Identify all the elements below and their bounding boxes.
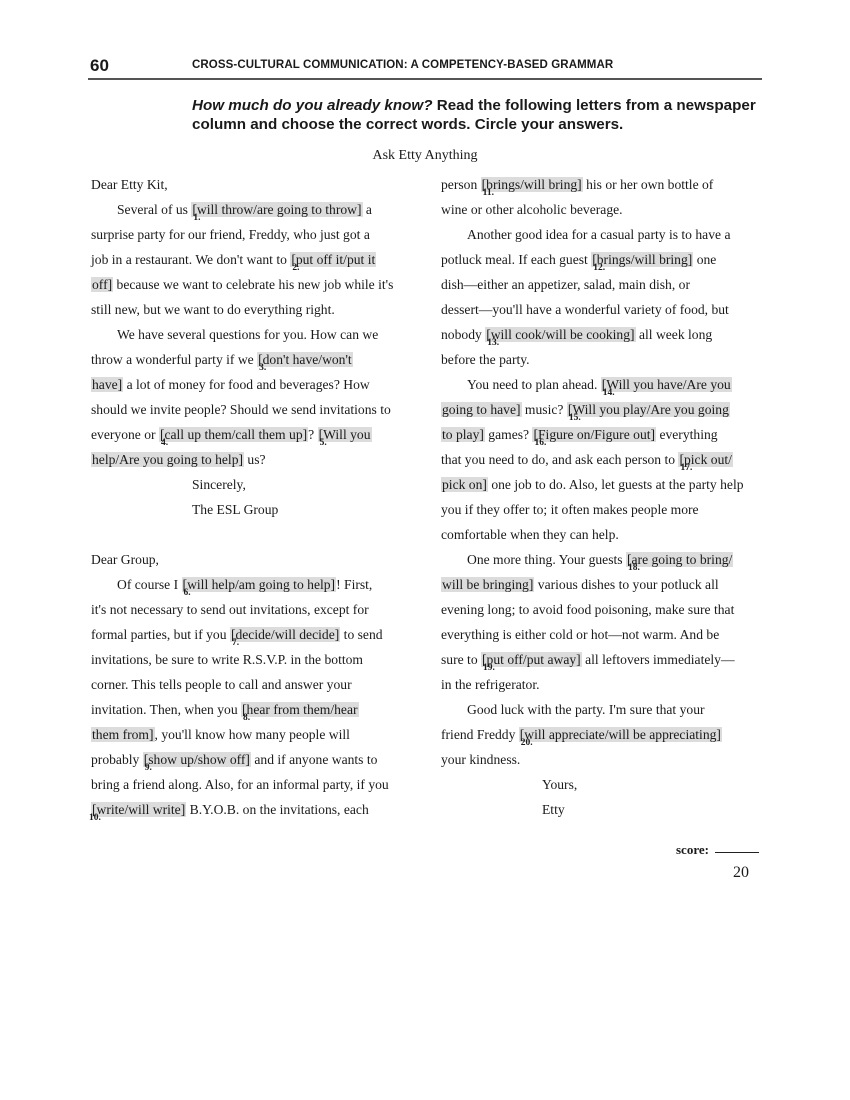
text-line: friend Freddy [will appreciate/will be a… xyxy=(441,722,771,747)
left-column: Dear Etty Kit, Several of us [will throw… xyxy=(91,172,421,822)
choice-5[interactable]: [Will you5. xyxy=(318,427,372,442)
text-line: before the party. xyxy=(441,347,771,372)
choice-14-cont[interactable]: going to have] xyxy=(441,402,522,417)
text-line: you if they offer to; it often makes peo… xyxy=(441,497,771,522)
choice-20[interactable]: [will appreciate/will be appreciating]20… xyxy=(519,727,722,742)
choice-14[interactable]: [Will you have/Are you14. xyxy=(601,377,732,392)
text-line: in the refrigerator. xyxy=(441,672,771,697)
choice-2-cont[interactable]: off] xyxy=(91,277,113,292)
letter2-signature: Etty xyxy=(441,797,771,822)
text-line: dish—either an appetizer, salad, main di… xyxy=(441,272,771,297)
choice-11[interactable]: [brings/will bring]11. xyxy=(481,177,583,192)
text-line: have] a lot of money for food and bevera… xyxy=(91,372,421,397)
text-line: [write/will write]10. B.Y.O.B. on the in… xyxy=(91,797,421,822)
choice-19[interactable]: [put off/put away]19. xyxy=(481,652,582,667)
text-line: corner. This tells people to call and an… xyxy=(91,672,421,697)
text-line: Several of us [will throw/are going to t… xyxy=(91,197,421,222)
text-line: formal parties, but if you [decide/will … xyxy=(91,622,421,647)
text-line: them from], you'll know how many people … xyxy=(91,722,421,747)
text-line: Of course I [will help/am going to help]… xyxy=(91,572,421,597)
choice-5-cont[interactable]: help/Are you going to help] xyxy=(91,452,244,467)
text-line: bring a friend along. Also, for an infor… xyxy=(91,772,421,797)
choice-4[interactable]: [call up them/call them up]4. xyxy=(159,427,308,442)
letter2-closing: Yours, xyxy=(441,772,771,797)
text-line: sure to [put off/put away]19. all leftov… xyxy=(441,647,771,672)
choice-3[interactable]: [don't have/won't3. xyxy=(257,352,353,367)
text-line: going to have] music? [Will you play/Are… xyxy=(441,397,771,422)
instructions: How much do you already know? Read the f… xyxy=(192,96,772,134)
page-number: 60 xyxy=(90,56,109,76)
text-line: Another good idea for a casual party is … xyxy=(441,222,771,247)
header-rule xyxy=(88,78,762,80)
choice-13[interactable]: [will cook/will be cooking]13. xyxy=(485,327,635,342)
text-line: throw a wonderful party if we [don't hav… xyxy=(91,347,421,372)
running-head: CROSS-CULTURAL COMMUNICATION: A COMPETEN… xyxy=(192,59,613,71)
text-line: You need to plan ahead. [Will you have/A… xyxy=(441,372,771,397)
text-line: to play] games? [Figure on/Figure out]16… xyxy=(441,422,771,447)
text-line: comfortable when they can help. xyxy=(441,522,771,547)
choice-17-cont[interactable]: pick on] xyxy=(441,477,488,492)
instructions-lead: How much do you already know? xyxy=(192,97,433,114)
text-line: surprise party for our friend, Freddy, w… xyxy=(91,222,421,247)
text-line: should we invite people? Should we send … xyxy=(91,397,421,422)
choice-15-cont[interactable]: to play] xyxy=(441,427,485,442)
text-line: wine or other alcoholic beverage. xyxy=(441,197,771,222)
item-number-10: 10. xyxy=(89,813,101,823)
text-line: invitations, be sure to write R.S.V.P. i… xyxy=(91,647,421,672)
choice-9[interactable]: [show up/show off]9. xyxy=(143,752,251,767)
score-field: score: xyxy=(676,842,759,858)
text-line: off] because we want to celebrate his ne… xyxy=(91,272,421,297)
choice-17[interactable]: [pick out/17. xyxy=(678,452,732,467)
choice-7[interactable]: [decide/will decide]7. xyxy=(230,627,340,642)
choice-10[interactable]: [write/will write]10. xyxy=(91,802,186,817)
text-line: nobody [will cook/will be cooking]13. al… xyxy=(441,322,771,347)
text-line: your kindness. xyxy=(441,747,771,772)
letter1-salutation: Dear Etty Kit, xyxy=(91,172,421,197)
letter1-signature: The ESL Group xyxy=(91,497,421,522)
text-line: help/Are you going to help] us? xyxy=(91,447,421,472)
text-line: everyone or [call up them/call them up]4… xyxy=(91,422,421,447)
text-line: dessert—you'll have a wonderful variety … xyxy=(441,297,771,322)
text-line: everything is either cold or hot—not war… xyxy=(441,622,771,647)
text-line: that you need to do, and ask each person… xyxy=(441,447,771,472)
letter1-closing: Sincerely, xyxy=(91,472,421,497)
choice-18[interactable]: [are going to bring/18. xyxy=(626,552,733,567)
text-line: potluck meal. If each guest [brings/will… xyxy=(441,247,771,272)
score-blank[interactable] xyxy=(715,852,759,853)
choice-8-cont[interactable]: them from] xyxy=(91,727,155,742)
choice-15[interactable]: [Will you play/Are you going15. xyxy=(567,402,730,417)
choice-12[interactable]: [brings/will bring]12. xyxy=(591,252,693,267)
right-column: person [brings/will bring]11. his or her… xyxy=(441,172,771,822)
choice-8[interactable]: [hear from them/hear8. xyxy=(241,702,359,717)
text-line: it's not necessary to send out invitatio… xyxy=(91,597,421,622)
choice-3-cont[interactable]: have] xyxy=(91,377,123,392)
text-line: will be bringing] various dishes to your… xyxy=(441,572,771,597)
score-label: score: xyxy=(676,842,709,857)
score-total: 20 xyxy=(733,864,749,882)
text-line: person [brings/will bring]11. his or her… xyxy=(441,172,771,197)
text-line: evening long; to avoid food poisoning, m… xyxy=(441,597,771,622)
column-title: Ask Etty Anything xyxy=(0,148,850,164)
text-line: job in a restaurant. We don't want to [p… xyxy=(91,247,421,272)
letter2-salutation: Dear Group, xyxy=(91,547,421,572)
text-line: invitation. Then, when you [hear from th… xyxy=(91,697,421,722)
text-line: One more thing. Your guests [are going t… xyxy=(441,547,771,572)
text-line: still new, but we want to do everything … xyxy=(91,297,421,322)
text-line: We have several questions for you. How c… xyxy=(91,322,421,347)
text-line: Good luck with the party. I'm sure that … xyxy=(441,697,771,722)
choice-6[interactable]: [will help/am going to help]6. xyxy=(182,577,337,592)
text-line: probably [show up/show off]9. and if any… xyxy=(91,747,421,772)
choice-2[interactable]: [put off it/put it2. xyxy=(290,252,376,267)
choice-16[interactable]: [Figure on/Figure out]16. xyxy=(532,427,656,442)
choice-18-cont[interactable]: will be bringing] xyxy=(441,577,534,592)
text-line: pick on] one job to do. Also, let guests… xyxy=(441,472,771,497)
choice-1[interactable]: [will throw/are going to throw]1. xyxy=(191,202,362,217)
